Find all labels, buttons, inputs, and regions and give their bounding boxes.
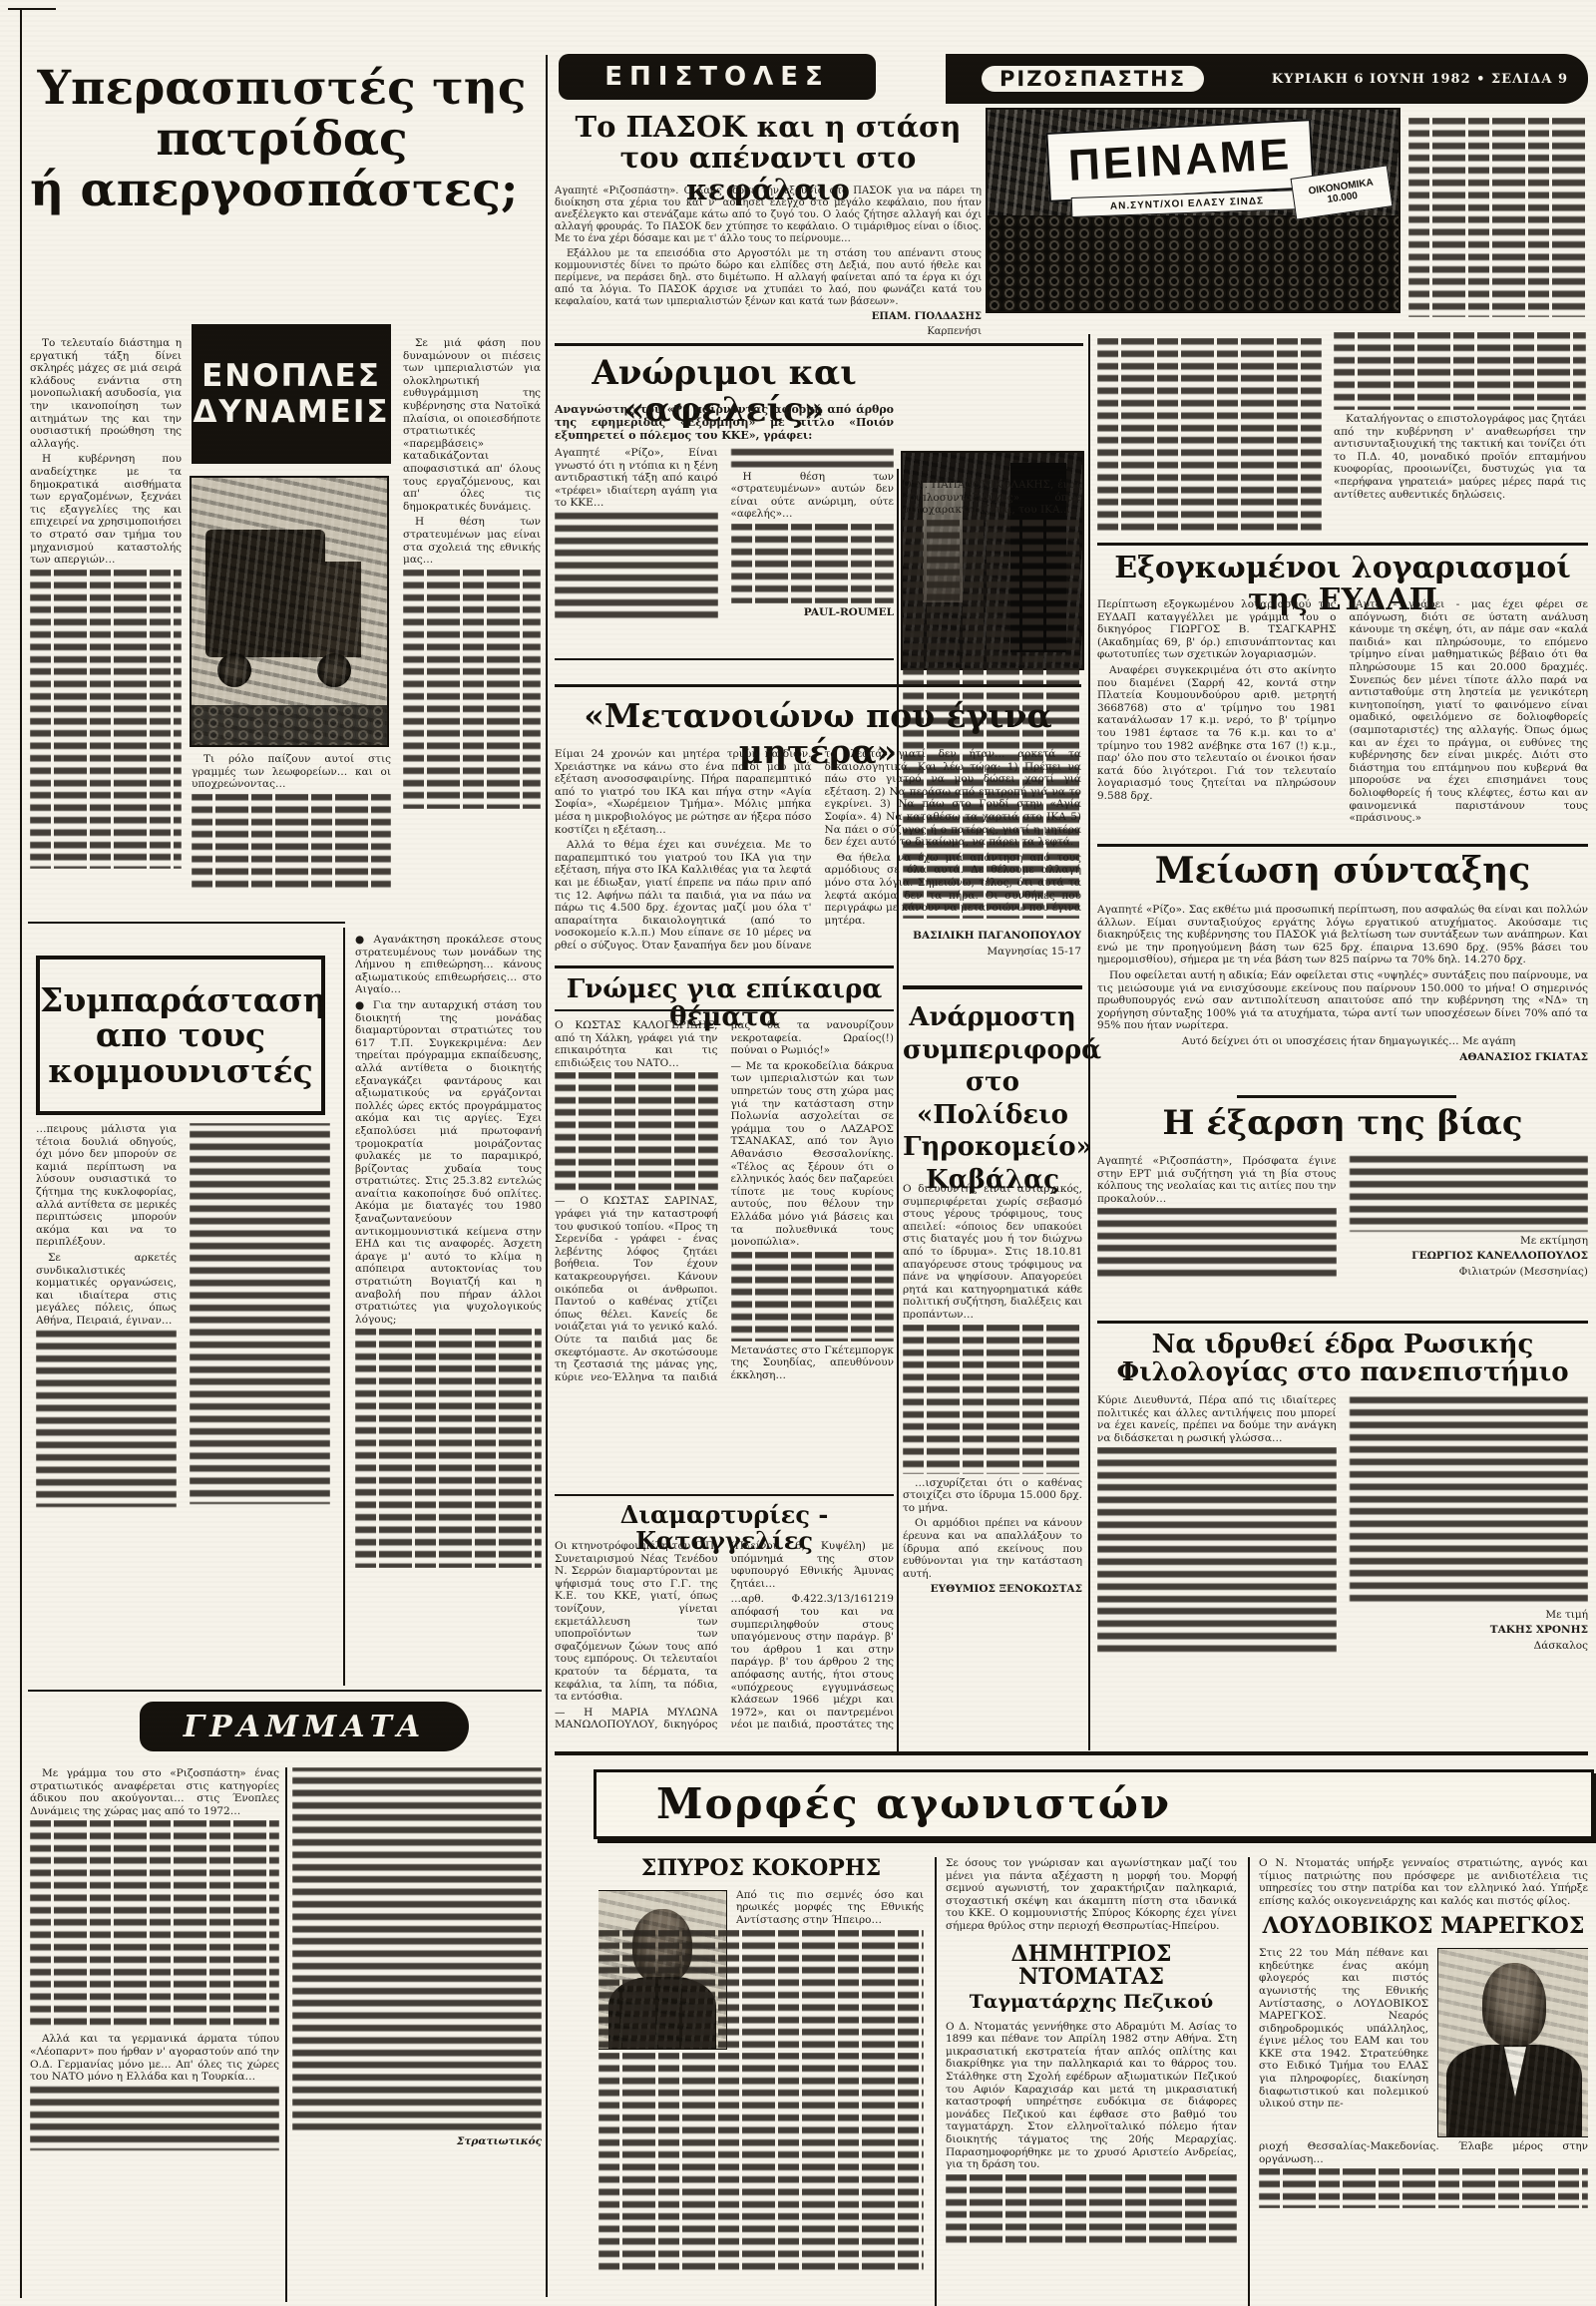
paragraph: …πειρους μάλιστα για τέτοια δουλιά οδηγο… xyxy=(36,1123,177,1249)
signature: ΕΥΘΥΜΙΟΣ ΞΕΝΟΚΩΣΤΑΣ xyxy=(903,1583,1082,1596)
divider xyxy=(28,1690,542,1692)
divider xyxy=(28,922,345,924)
paragraph: Αγαπητέ «Ριζοσπάστη», Πρόσφατα έγινε στη… xyxy=(1097,1155,1337,1205)
greeked-text-block xyxy=(731,1252,895,1342)
signature-address: Μαγνησίας 15-17 xyxy=(825,946,1082,959)
lead-article-col3: Σε μιά φάση που δυναμώνουν οι πιέσεις τω… xyxy=(403,337,541,916)
gnomes-article-body: Ο ΚΩΣΤΑΣ ΚΑΛΟΓΕΡΙΔΗΣ, από τη Χάλκη, γράφ… xyxy=(555,1019,894,1486)
armed-forces-line2: ΔΥΝΑΜΕΙΣ xyxy=(193,394,389,430)
solidarity-title-box: Συμπαράσταση απο τους κομμουνιστές xyxy=(36,956,325,1115)
signature-role: Δάσκαλος xyxy=(1350,1640,1589,1653)
signature-leadout: Με εκτίμηση xyxy=(1350,1235,1589,1248)
newspaper-page: ΕΠΙΣΤΟΛΕΣ ΡΙΖΟΣΠΑΣΤΗΣ ΚΥΡΙΑΚΗ 6 ΙΟΥΝΗ 19… xyxy=(0,0,1596,2306)
anorimoi-article-body: Αγαπητέ «Ρίζο», Είναι γνωστό ότι η ντόπι… xyxy=(555,447,894,644)
demonstration-photo: ΠΕΙΝΑΜΕ ΑΝ.ΣΥΝΤ/ΧΟΙ ΕΛΑΣΥ ΣΙΝΔΣ ΟΙΚΟΝΟΜΙ… xyxy=(988,110,1398,311)
greeked-text-block xyxy=(946,2174,1237,2244)
pasok-article-body: Αγαπητέ «Ριζοσπάστη». Ο λαός έδοσε την ε… xyxy=(555,186,982,337)
bulletin-column: ● Αγανάκτηση προκάλεσε στους στρατευμένο… xyxy=(355,934,542,1680)
divider xyxy=(555,343,1083,346)
greeked-text-block xyxy=(355,1329,542,1568)
greeked-text-block xyxy=(598,1930,924,2050)
armed-forces-line1: ΕΝΟΠΛΕΣ xyxy=(201,358,381,394)
paragraph: Ο ΚΩΣΤΑΣ ΚΑΛΟΓΕΡΙΔΗΣ, από τη Χάλκη, γράφ… xyxy=(555,1019,718,1069)
paragraph: Εξάλλου με τα επεισόδια στο Αργοστόλι με… xyxy=(555,248,982,308)
paragraph: Οι κτηνοτρόφοι μέλη του Γ.Π. Συνεταιρισμ… xyxy=(555,1540,718,1704)
signature: ΒΑΣΙΛΙΚΗ ΠΑΓΑΝΟΠΟΥΛΟΥ xyxy=(825,930,1082,943)
paragraph: Οι αρμόδιοι πρέπει να κάνουν έρευνα και … xyxy=(903,1517,1082,1580)
meiosi-article-body: Αγαπητέ «Ρίζο». Σας εκθέτω μιά προσωπική… xyxy=(1097,904,1588,1063)
signature: ΕΠΑΜ. ΓΙΟΛΔΑΣΗΣ xyxy=(555,311,982,323)
greeked-text-block xyxy=(555,1072,718,1192)
ntomatas-role: Ταγματάρχης Πεζικού xyxy=(946,1992,1237,2013)
greeked-text-block xyxy=(192,794,391,890)
paragraph: Αλλά και τα γερμανικά άρματα τύπου «Λέοπ… xyxy=(30,2033,279,2083)
greeked-text-block xyxy=(903,1325,1082,1474)
pasok-headline-line1: Το ΠΑΣΟΚ και η στάση xyxy=(559,112,978,143)
crowd-texture xyxy=(192,705,387,745)
divider xyxy=(555,658,894,660)
diamartyries-body: Οι κτηνοτρόφοι μέλη του Γ.Π. Συνεταιρισμ… xyxy=(555,1540,894,1743)
truck-photo xyxy=(192,478,387,745)
ntomatas-column: Σε όσους τον γνώρισαν και αγωνίστηκαν μα… xyxy=(946,1857,1237,2306)
divider xyxy=(1097,844,1588,847)
exarsi-article-body: Αγαπητέ «Ριζοσπάστη», Πρόσφατα έγινε στη… xyxy=(1097,1155,1588,1313)
lead-article-col1: Το τελευταίο διάστημα η εργατική τάξη δί… xyxy=(30,337,182,916)
edra-article-body: Κύριε Διευθυντά, Πέρα από τις ιδιαίτερες… xyxy=(1097,1394,1588,1741)
banner-sub-text: ΑΝ.ΣΥΝΤ/ΧΟΙ ΕΛΑΣΥ ΣΙΝΔΣ xyxy=(1110,195,1265,211)
lead-headline-line3: ή απεργοσπάστες; xyxy=(30,166,534,216)
solidarity-title-line1: Συμπαράσταση xyxy=(40,982,321,1018)
crowd-texture xyxy=(988,215,1398,311)
paragraph: Μετανάστες στο Γκέτεμποργκ της Σουηδίας,… xyxy=(731,1345,895,1382)
grammata-banner: ΓΡΑΜΜΑΤΑ xyxy=(140,1702,469,1751)
greeked-text-block xyxy=(30,570,182,869)
paragraph: Ο Δ. Ντοματάς γεννήθηκε στο Αδραμύτι Μ. … xyxy=(946,2021,1237,2171)
morfes-rule-2 xyxy=(1248,1857,1250,2306)
signature-leadout: Με τιμή xyxy=(1350,1609,1589,1622)
paragraph: — Με τα κροκοδείλια δάκρυα των ιμπεριαλι… xyxy=(731,1060,895,1249)
paragraph: Αγαπητέ «Ρίζο». Σας εκθέτω μιά προσωπική… xyxy=(1097,904,1588,966)
masthead-bar: ΡΙΖΟΣΠΑΣΤΗΣ ΚΥΡΙΑΚΗ 6 ΙΟΥΝΗ 1982 • ΣΕΛΙΔ… xyxy=(946,54,1588,104)
photo-texture xyxy=(1438,1949,1588,2136)
page-left-rule xyxy=(20,8,22,2298)
paper-name: ΡΙΖΟΣΠΑΣΤΗΣ xyxy=(982,66,1204,92)
divider xyxy=(903,985,1082,989)
lead-headline-line2: πατρίδας xyxy=(30,115,534,166)
paragraph: Η θέση των «στρατευμένων» αυτών δεν είνα… xyxy=(731,471,895,521)
anarmosti-article-body: Ο διευθυντής είναι αυταρχικός, συμπεριφέ… xyxy=(903,1183,1082,1743)
divider xyxy=(555,684,1081,687)
column-rule-3 xyxy=(897,469,899,1753)
divider xyxy=(555,1751,1588,1755)
divider xyxy=(1097,1321,1588,1324)
dateline: ΚΥΡΙΑΚΗ 6 ΙΟΥΝΗ 1982 • ΣΕΛΙΔΑ 9 xyxy=(1272,72,1568,87)
grammata-article-body: Με γράμμα του στο «Ριζοσπάστη» ένας στρα… xyxy=(30,1767,542,2302)
section-label: ΕΠΙΣΤΟΛΕΣ xyxy=(604,62,829,92)
signature: ΤΑΚΗΣ ΧΡΟΝΗΣ xyxy=(1350,1624,1589,1637)
paragraph: Αγαπητέ «Ρίζο», Είναι γνωστό ότι η ντόπι… xyxy=(555,447,718,510)
edra-headline: Να ιδρυθεί έδρα Ρωσικής Φιλολογίας στο π… xyxy=(1097,1331,1588,1386)
metanoiono-article-body: Είμαι 24 χρονών και μητέρα τριών παιδιών… xyxy=(555,748,1081,960)
maregos-name: ΛΟΥΔΟΒΙΚΟΣ ΜΑΡΕΓΚΟΣ xyxy=(1259,1915,1588,1939)
paragraph: Που οφείλεται αυτή η αδικία; Εάν οφείλετ… xyxy=(1097,969,1588,1032)
maregos-portrait xyxy=(1438,1949,1588,2136)
signature: Στρατιωτικός xyxy=(292,2135,542,2148)
anarmosti-headline: Ανάρμοστη συμπεριφορά στο «Πολίδειο Γηρο… xyxy=(903,1001,1082,1196)
divider xyxy=(555,1009,894,1011)
divider xyxy=(555,965,894,968)
section-banner: ΕΠΙΣΤΟΛΕΣ xyxy=(559,54,876,100)
paragraph: Θα ήθελα να έχω μιά απάντηση από τους αρ… xyxy=(825,852,1082,928)
greeked-text-block xyxy=(598,2053,924,2272)
paragraph: Αγαπητέ «Ριζοσπάστη». Ο λαός έδοσε την ε… xyxy=(555,186,982,245)
paragraph: Τι ρόλο παίζουν αυτοί στις γραμμές των λ… xyxy=(192,753,391,791)
banner-main-text: ΠΕΙΝΑΜΕ xyxy=(1067,130,1293,192)
greeked-text-block xyxy=(1097,338,1322,534)
bullet-item: ● Για την αυταρχική στάση του διοικητή τ… xyxy=(355,999,542,1326)
paragraph: …ισχυρίζεται ότι ο καθένας στοιχίζει στο… xyxy=(903,1477,1082,1515)
eydap-article-body: Περίπτωση εξογκωμένου λογαριασμού της ΕΥ… xyxy=(1097,598,1588,838)
signature: PAUL-ROUMEL xyxy=(731,606,895,619)
greeked-text-block xyxy=(1408,118,1586,317)
solidarity-article-body: …πειρους μάλιστα για τέτοια δουλιά οδηγο… xyxy=(36,1123,330,1678)
anarmosti-line4: Γηροκομείο» xyxy=(903,1131,1082,1164)
greeked-text-block xyxy=(731,524,895,603)
anorimoi-kicker: Αναγνώστης του «Ρ» παίρνοντας αφορμή από… xyxy=(555,403,894,442)
column-rule-left xyxy=(343,928,345,1686)
paragraph: Αυτό δείχνει ότι οι υποσχέσεις ήταν δημα… xyxy=(1097,1035,1588,1048)
exarsi-headline: Η έξαρση της βίας xyxy=(1097,1105,1588,1142)
signature-place: Φιλιατρών (Μεσσηνίας) xyxy=(1350,1266,1589,1279)
paragraph: Ο διευθυντής είναι αυταρχικός, συμπεριφέ… xyxy=(903,1183,1082,1322)
paragraph: Καταλήγοντας ο επιστολογράφος μας ζητάει… xyxy=(1334,413,1586,501)
greeked-text-block xyxy=(403,570,541,809)
paragraph: Σε αρκετές συνδικαλιστικές κομματικές ορ… xyxy=(36,1252,177,1328)
lead-headline-line1: Υπερασπιστές της xyxy=(30,64,534,115)
column-rule-1 xyxy=(546,55,548,2297)
morfes-banner-box: Μορφές αγωνιστών xyxy=(594,1769,1594,1839)
paragraph: Κύριε Διευθυντά, Πέρα από τις ιδιαίτερες… xyxy=(1097,1394,1337,1444)
grammata-label: ΓΡΑΜΜΑΤΑ xyxy=(184,1710,425,1744)
paragraph: Με γράμμα του στο «Ριζοσπάστη» ένας στρα… xyxy=(30,1767,279,1817)
paragraph: Σε όσους τον γνώρισαν και αγωνίστηκαν μα… xyxy=(946,1857,1237,1933)
paragraph: Ο Ν. ΠΑΠΑΔΟΝΙΚΟΛΑΚΗΣ, ένας «διπλοσυνταξι… xyxy=(903,479,1082,517)
greeked-text-block xyxy=(30,1820,279,2030)
paragraph: Ο Ν. Ντοματάς υπήρξε γενναίος στρατιώτης… xyxy=(1259,1857,1588,1907)
anarmosti-line2: συμπεριφορά xyxy=(903,1034,1082,1067)
lead-headline: Υπερασπιστές της πατρίδας ή απεργοσπάστε… xyxy=(30,64,534,215)
ntomatas-name: ΔΗΜΗΤΡΙΟΣ ΝΤΟΜΑΤΑΣ xyxy=(946,1943,1237,1991)
divider xyxy=(1097,543,1588,546)
paragraph: Η θέση των στρατευμένων μας είναι στα σχ… xyxy=(403,516,541,566)
divider xyxy=(555,1494,894,1496)
meiosi-headline: Μείωση σύνταξης xyxy=(1097,852,1588,891)
edra-headline-line1: Να ιδρυθεί έδρα Ρωσικής xyxy=(1097,1331,1588,1358)
bullet-item: ● Αγανάκτηση προκάλεσε στους στρατευμένο… xyxy=(355,934,542,996)
morfes-rule-1 xyxy=(935,1857,937,2306)
greeked-text-block xyxy=(1334,332,1586,410)
paragraph: Αναφέρει συγκεκριμένα ότι στο ακίνητο πο… xyxy=(1097,664,1337,803)
anarmosti-line1: Ανάρμοστη xyxy=(903,1001,1082,1034)
signature: ΓΕΩΡΓΙΟΣ ΚΑΝΕΛΛΟΠΟΥΛΟΣ xyxy=(1350,1250,1589,1263)
signature: ΑΘΑΝΑΣΙΟΣ ΓΚΙΑΤΑΣ xyxy=(1097,1051,1588,1063)
paragraph: Το τελευταίο διάστημα η εργατική τάξη δί… xyxy=(30,337,182,450)
kokoris-column: ΣΠΥΡΟΣ ΚΟΚΟΡΗΣ Από τις πιο σεμνές όσο κα… xyxy=(598,1857,924,2306)
paragraph: Είμαι 24 χρονών και μητέρα τριών παιδιών… xyxy=(555,748,812,836)
kokoris-name: ΣΠΥΡΟΣ ΚΟΚΟΡΗΣ xyxy=(598,1857,924,1881)
papadonikolakis-ending: Καταλήγοντας ο επιστολογράφος μας ζητάει… xyxy=(1334,329,1586,534)
lead-article-col2: ΕΝΟΠΛΕΣ ΔΥΝΑΜΕΙΣ Τι ρόλο παίζουν αυτοί σ… xyxy=(192,324,391,918)
solidarity-title-line3: κομμουνιστές xyxy=(40,1053,321,1089)
morfes-banner-label: Μορφές αγωνιστών xyxy=(597,1781,1171,1826)
maregos-column: Ο Ν. Ντοματάς υπήρξε γενναίος στρατιώτης… xyxy=(1259,1857,1588,2306)
paragraph: Η κυβέρνηση που αναδείχτηκε με τα δημοκρ… xyxy=(30,453,182,566)
paragraph: ριοχή Θεσσαλίας-Μακεδονίας. Έλαβε μέρος … xyxy=(1259,2140,1588,2165)
signature-place: Καρπενήσι xyxy=(555,326,982,337)
paragraph: Περίπτωση εξογκωμένου λογαριασμού της ΕΥ… xyxy=(1097,598,1337,661)
greeked-text-block xyxy=(1259,2168,1588,2208)
armed-forces-box: ΕΝΟΠΛΕΣ ΔΥΝΑΜΕΙΣ xyxy=(192,324,391,464)
paragraph: Σε μιά φάση που δυναμώνουν οι πιέσεις τω… xyxy=(403,337,541,513)
divider xyxy=(1237,1095,1456,1098)
anarmosti-line3: στο «Πολίδειο xyxy=(903,1066,1082,1131)
scan-artifact xyxy=(8,8,56,10)
paragraph: «Αυτό - γράφει - μας έχει φέρει σε απόγν… xyxy=(1350,598,1589,825)
edra-headline-line2: Φιλολογίας στο πανεπιστήμιο xyxy=(1097,1358,1588,1386)
solidarity-title-line2: απο τους xyxy=(40,1017,321,1053)
